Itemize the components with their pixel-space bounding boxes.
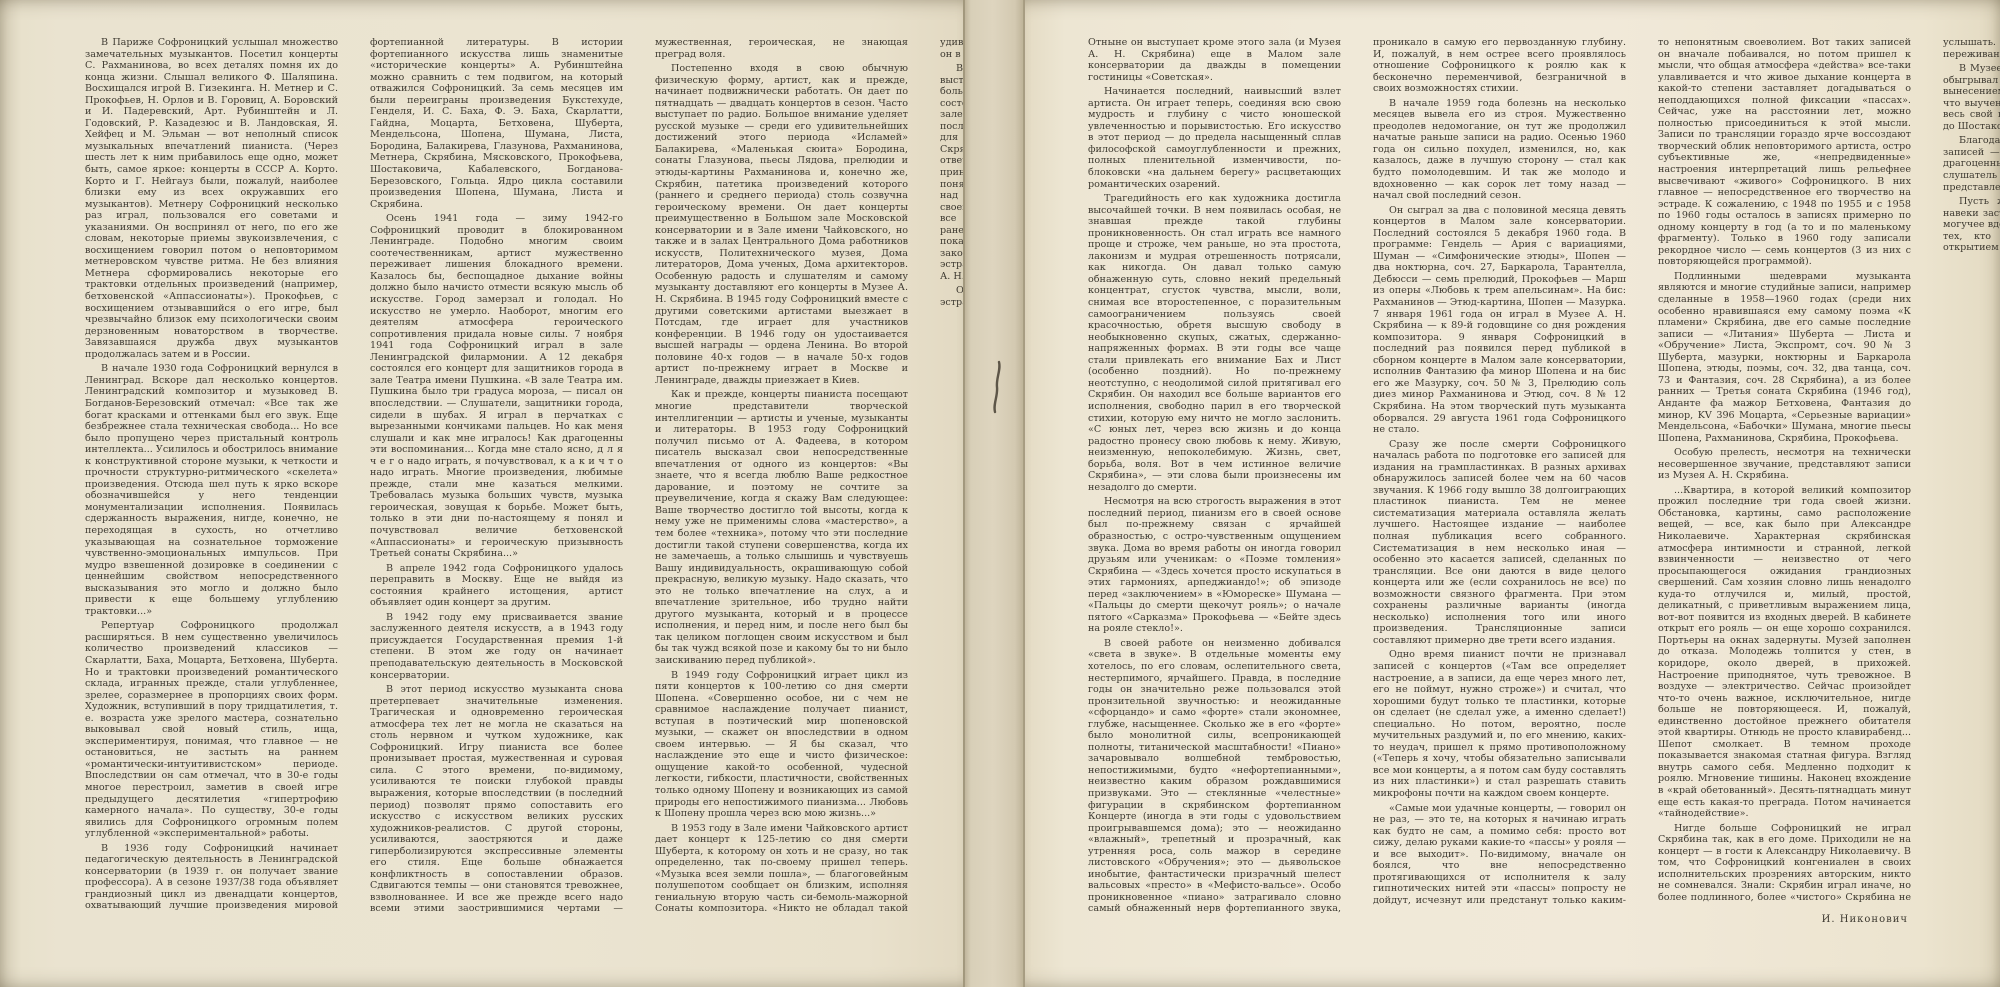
paragraph: Начинается последний, наивысший взлет ар… — [1088, 86, 1341, 190]
paragraph: Трагедийность его как художника достигла… — [1088, 193, 1341, 493]
paragraph: Несмотря на всю строгость выражения в эт… — [1088, 496, 1341, 635]
right-page: Отныне он выступает кроме этого зала (и … — [1025, 0, 2000, 987]
left-page-text-columns: В Париже Софроницкий услышал множество з… — [85, 37, 908, 917]
paragraph: В 1942 году ему присваивается звание зас… — [370, 612, 623, 681]
left-sheet-edge — [963, 0, 965, 987]
paragraph: Как и прежде, концерты пианиста посещают… — [655, 389, 908, 666]
scanned-booklet-spread: { "document": { "kind": "record-sleeve-l… — [0, 0, 2000, 987]
paragraph: Осень 1941 года — зиму 1942-го Софроницк… — [370, 213, 623, 559]
paragraph: В Париже Софроницкий услышал множество з… — [85, 37, 338, 360]
left-page: В Париже Софроницкий услышал множество з… — [0, 0, 963, 987]
paragraph: В начале 1959 года болезнь на несколько … — [1373, 98, 1626, 202]
paragraph: Особую прелесть, несмотря на технически … — [1658, 447, 1911, 482]
author-signature: И. Никонович — [1655, 914, 1908, 925]
paragraph: В начале 1930 года Софроницкий вернулся … — [85, 363, 338, 617]
paragraph: Сразу же после смерти Софроницкого начал… — [1373, 439, 1626, 647]
paragraph: Отныне он выступает кроме этого зала (и … — [1088, 37, 1341, 83]
paragraph: Он сыграл за два с половиной месяца девя… — [1373, 205, 1626, 436]
paragraph: Постепенно входя в свою обычную физическ… — [655, 63, 908, 386]
paragraph: Благодаря многочисленности сохранившихся… — [1943, 135, 2000, 193]
paragraph: В апреле 1942 года Софроницкого удалось … — [370, 563, 623, 609]
paragraph: Подлинными шедеврами музыканта являются … — [1658, 271, 1911, 444]
paragraph: Пусть же хоть в неравномерных отсветах н… — [1943, 196, 2000, 254]
paragraph: ...Квартира, в которой великий композито… — [1658, 485, 1911, 820]
page-fold — [963, 0, 1025, 987]
paragraph: Одно время пианист почти не признавал за… — [1373, 649, 1626, 799]
paragraph: Репертуар Софроницкого продолжал расширя… — [85, 620, 338, 839]
right-page-text-columns: Отныне он выступает кроме этого зала (и … — [1088, 37, 1911, 917]
paragraph: В 1949 году Софроницкий играет цикл из п… — [655, 670, 908, 820]
booklet-spread: В Париже Софроницкий услышал множество з… — [0, 0, 2000, 987]
paragraph: В Музее он играл не только Скрябина. Час… — [1943, 63, 2000, 132]
